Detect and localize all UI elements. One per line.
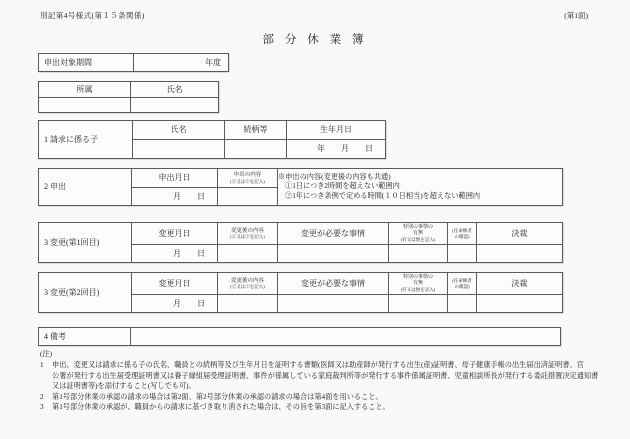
change2-content-header-sub: (①又は②を記入) bbox=[218, 284, 277, 290]
request-date-header: 申出月日 bbox=[132, 169, 218, 188]
child-table: 1 請求に係る子 氏名 続柄等 生年月日 年 月 日 bbox=[38, 120, 386, 159]
change1-table: 3 変更(第1回目) 変更月日 変更後の内容 (①又は②を記入) 変更が必要な事… bbox=[38, 222, 563, 263]
fiscal-year-cell: 年度 bbox=[134, 54, 229, 72]
change1-content-header-sub: (①又は②を記入) bbox=[218, 234, 277, 240]
form-title: 部 分 休 業 簿 bbox=[0, 31, 630, 47]
footnote-1-line1: 申出、変更又は請求に係る子の氏名、職員との続柄等及び生年月日を証明する書類(医師… bbox=[52, 360, 598, 371]
footnotes-title: (注) bbox=[40, 349, 598, 360]
change1-decision-header: 決裁 bbox=[477, 223, 563, 245]
request-info-cell: ※申出の内容(変更後の内容も共通) ①1日につき2時間を超えない範囲内 ②1年に… bbox=[278, 169, 563, 206]
change1-special-sub: (有又は無を記入) bbox=[389, 237, 447, 243]
request-date-input-cell: 月 日 bbox=[132, 188, 218, 206]
request-info-line2: ①1日につき2時間を超えない範囲内 bbox=[278, 182, 562, 192]
change1-special-header: 特別の事情の 有無 (有又は無を記入) bbox=[389, 223, 448, 245]
staff-table: 所属 氏名 bbox=[38, 81, 219, 113]
change2-special-sub: (有又は無を記入) bbox=[389, 287, 447, 293]
change2-content-input-cell bbox=[218, 295, 278, 313]
change2-decision-header: 決裁 bbox=[477, 273, 563, 295]
footnote-1-number: 1 bbox=[40, 360, 52, 392]
change2-content-header: 変更後の内容 (①又は②を記入) bbox=[218, 273, 278, 295]
footnote-3-text: 第1号部分休業の承認が、職員からの請求に基づき取り消された場合は、その旨を第3面… bbox=[52, 402, 390, 413]
remarks-label: 4 備考 bbox=[39, 328, 131, 346]
form-page: 別記第4号様式(第１５条関係) (第1面) 部 分 休 業 簿 申出対象期間 年… bbox=[0, 0, 630, 439]
footnote-2-text: 第1号部分休業の承認の請求の場合は第2面、第2号部分休業の承認の請求の場合は第4… bbox=[52, 392, 383, 403]
footnotes: (注) 1 申出、変更又は請求に係る子の氏名、職員との続柄等及び生年月日を証明す… bbox=[40, 349, 598, 413]
change1-section-label: 3 変更(第1回目) bbox=[39, 223, 132, 263]
request-table: 2 申出 申出月日 申出の内容 (①又は②を記入) ※申出の内容(変更後の内容も… bbox=[38, 168, 563, 206]
footnote-2-number: 2 bbox=[40, 392, 52, 403]
footnote-3: 3 第1号部分休業の承認が、職員からの請求に基づき取り消された場合は、その旨を第… bbox=[40, 402, 598, 413]
change2-special-input-cell bbox=[389, 295, 448, 313]
change1-special-input-cell bbox=[389, 245, 448, 263]
footnote-2: 2 第1号部分休業の承認の請求の場合は第2面、第2号部分休業の承認の請求の場合は… bbox=[40, 392, 598, 403]
footnote-3-line1: 第1号部分休業の承認が、職員からの請求に基づき取り消された場合は、その旨を第3面… bbox=[52, 402, 390, 413]
change2-reason-input-cell bbox=[278, 295, 389, 313]
change1-reason-input-cell bbox=[278, 245, 389, 263]
footnote-1: 1 申出、変更又は請求に係る子の氏名、職員との続柄等及び生年月日を証明する書類(… bbox=[40, 360, 598, 392]
period-label: 申出対象期間 bbox=[39, 54, 134, 72]
footnote-3-number: 3 bbox=[40, 402, 52, 413]
change1-date-header: 変更月日 bbox=[132, 223, 218, 245]
affiliation-input-cell bbox=[39, 98, 131, 113]
staff-name-input-cell bbox=[131, 98, 219, 113]
remarks-table: 4 備考 bbox=[38, 327, 561, 346]
change1-decision-input-cell bbox=[477, 245, 563, 263]
change2-approver-header: (任命権者 の確認) bbox=[448, 273, 477, 295]
footnote-1-line2: 公署が発行する出生届受理証明書又は養子縁組届受理証明書、事件が係属している家庭裁… bbox=[52, 371, 598, 382]
change2-section-label: 3 変更(第2回目) bbox=[39, 273, 132, 313]
request-info-line1: ※申出の内容(変更後の内容も共通) bbox=[278, 173, 562, 183]
footnote-1-text: 申出、変更又は請求に係る子の氏名、職員との続柄等及び生年月日を証明する書類(医師… bbox=[52, 360, 598, 392]
child-section-label: 1 請求に係る子 bbox=[39, 121, 133, 159]
period-table: 申出対象期間 年度 bbox=[38, 53, 229, 72]
child-name-header: 氏名 bbox=[133, 121, 225, 140]
change2-date-header: 変更月日 bbox=[132, 273, 218, 295]
child-relation-header: 続柄等 bbox=[225, 121, 287, 140]
change1-approver-header: (任命権者 の確認) bbox=[448, 223, 477, 245]
request-content-header: 申出の内容 (①又は②を記入) bbox=[218, 169, 278, 188]
remarks-input-cell bbox=[131, 328, 561, 346]
change2-table: 3 変更(第2回目) 変更月日 変更後の内容 (①又は②を記入) 変更が必要な事… bbox=[38, 272, 563, 313]
page-number: (第1面) bbox=[564, 10, 588, 21]
staff-name-header: 氏名 bbox=[131, 82, 219, 98]
change2-approver-line1: (任命権者 bbox=[448, 278, 476, 284]
footnote-1-line3: 又は証明書等)を添付すること(写しでも可)。 bbox=[52, 381, 598, 392]
change1-content-header: 変更後の内容 (①又は②を記入) bbox=[218, 223, 278, 245]
change2-approver-input-cell bbox=[448, 295, 477, 313]
change2-date-input-cell: 月 日 bbox=[132, 295, 218, 313]
child-relation-input-cell bbox=[225, 140, 287, 159]
affiliation-header: 所属 bbox=[39, 82, 131, 98]
request-info-line3: ②1年につき条例で定める時間(１０日相当)を超えない範囲内 bbox=[278, 192, 562, 202]
child-birth-input-cell: 年 月 日 bbox=[287, 140, 386, 159]
form-code: 別記第4号様式(第１５条関係) bbox=[40, 10, 145, 21]
request-content-input-cell bbox=[218, 188, 278, 206]
child-birth-header: 生年月日 bbox=[287, 121, 386, 140]
change2-reason-header: 変更が必要な事情 bbox=[278, 273, 389, 295]
footnote-2-line1: 第1号部分休業の承認の請求の場合は第2面、第2号部分休業の承認の請求の場合は第4… bbox=[52, 392, 383, 403]
change2-approver-line2: の確認) bbox=[448, 284, 476, 290]
change1-date-input-cell: 月 日 bbox=[132, 245, 218, 263]
change1-approver-line1: (任命権者 bbox=[448, 228, 476, 234]
child-name-input-cell bbox=[133, 140, 225, 159]
change1-approver-line2: の確認) bbox=[448, 234, 476, 240]
request-section-label: 2 申出 bbox=[39, 169, 132, 206]
change1-approver-input-cell bbox=[448, 245, 477, 263]
request-content-header-sub: (①又は②を記入) bbox=[218, 179, 277, 185]
change1-reason-header: 変更が必要な事情 bbox=[278, 223, 389, 245]
change2-special-header: 特別の事情の 有無 (有又は無を記入) bbox=[389, 273, 448, 295]
change1-content-input-cell bbox=[218, 245, 278, 263]
change2-decision-input-cell bbox=[477, 295, 563, 313]
